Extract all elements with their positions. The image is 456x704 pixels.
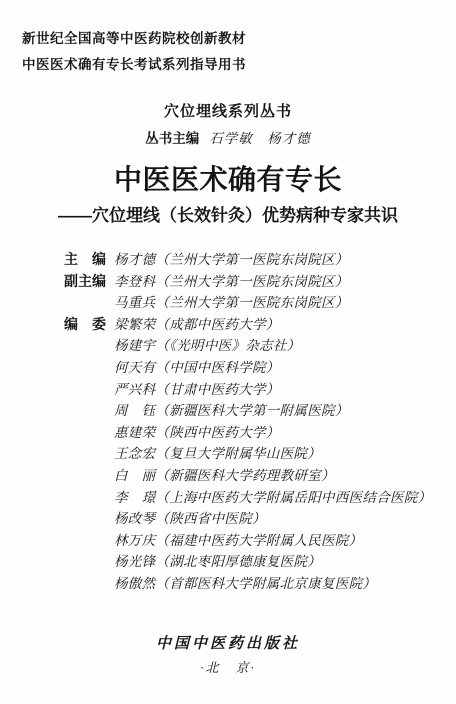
publisher-city: ·北 京·: [0, 657, 456, 676]
editor-row: 杨建宇（《光明中医》杂志社）: [64, 335, 431, 357]
editor-role-label: 编 委: [64, 314, 110, 336]
editor-entry: 严兴科（甘肃中医药大学）: [114, 379, 280, 401]
editor-row: 惠建荣（陕西中医药大学）: [64, 422, 431, 444]
editor-entry: 杨傲然（首都医科大学附属北京康复医院）: [114, 573, 376, 595]
editor-row: 杨光锋（湖北枣阳厚德康复医院）: [64, 551, 431, 573]
editor-row: 杨傲然（首都医科大学附属北京康复医院）: [64, 573, 431, 595]
editor-row: 林万庆（福建中医药大学附属人民医院）: [64, 530, 431, 552]
editor-entry: 李 璟（上海中医药大学附属岳阳中西医结合医院）: [114, 487, 431, 509]
editor-entry: 惠建荣（陕西中医药大学）: [114, 422, 280, 444]
editor-row: 白 丽（新疆医科大学药理教研室）: [64, 465, 431, 487]
editor-row: 何天有（中国中医科学院）: [64, 357, 431, 379]
editor-row: 严兴科（甘肃中医药大学）: [64, 379, 431, 401]
editor-role-label: 主 编: [64, 249, 110, 271]
book-main-title: 中医医术确有专长: [0, 158, 456, 198]
editor-entry: 杨才德（兰州大学第一医院东岗院区）: [114, 249, 349, 271]
editor-row: 李 璟（上海中医药大学附属岳阳中西医结合医院）: [64, 487, 431, 509]
editor-entry: 马重兵（兰州大学第一医院东岗院区）: [114, 292, 349, 314]
editors-list: 主 编杨才德（兰州大学第一医院东岗院区）副主编李登科（兰州大学第一医院东岗院区）…: [64, 249, 431, 595]
editor-role-label: 副主编: [64, 271, 110, 293]
series-chief-editors-label: 丛书主编: [145, 131, 199, 146]
editor-row: 王念宏（复旦大学附属华山医院）: [64, 443, 431, 465]
book-subtitle: ——穴位埋线（长效针灸）优势病种专家共识: [0, 201, 456, 226]
editor-entry: 何天有（中国中医科学院）: [114, 357, 280, 379]
banner-line-2: 中医医术确有专长考试系列指导用书: [22, 52, 246, 78]
editor-entry: 王念宏（复旦大学附属华山医院）: [114, 443, 321, 465]
editor-row: 副主编李登科（兰州大学第一医院东岗院区）: [64, 271, 431, 293]
editor-entry: 杨改琴（陕西省中医院）: [114, 508, 266, 530]
editor-entry: 周 钰（新疆医科大学第一附属医院）: [114, 400, 349, 422]
editor-row: 马重兵（兰州大学第一医院东岗院区）: [64, 292, 431, 314]
editor-entry: 白 丽（新疆医科大学药理教研室）: [114, 465, 335, 487]
publisher-name: 中国中医药出版社: [0, 632, 456, 653]
book-title-page: 新世纪全国高等中医药院校创新教材 中医医术确有专长考试系列指导用书 穴位埋线系列…: [0, 0, 456, 704]
series-chief-editors-names: 石学敏 杨才德: [209, 131, 311, 146]
series-chief-editors-line: 丛书主编石学敏 杨才德: [0, 127, 456, 147]
editor-row: 编 委梁繁荣（成都中医药大学）: [64, 314, 431, 336]
editor-entry: 梁繁荣（成都中医药大学）: [114, 314, 280, 336]
series-title: 穴位埋线系列丛书: [0, 100, 456, 121]
editor-entry: 杨光锋（湖北枣阳厚德康复医院）: [114, 551, 321, 573]
editor-row: 主 编杨才德（兰州大学第一医院东岗院区）: [64, 249, 431, 271]
series-banner: 新世纪全国高等中医药院校创新教材 中医医术确有专长考试系列指导用书: [22, 26, 246, 78]
editor-entry: 林万庆（福建中医药大学附属人民医院）: [114, 530, 362, 552]
editor-row: 周 钰（新疆医科大学第一附属医院）: [64, 400, 431, 422]
editor-entry: 杨建宇（《光明中医》杂志社）: [114, 335, 300, 357]
editor-entry: 李登科（兰州大学第一医院东岗院区）: [114, 271, 349, 293]
banner-line-1: 新世纪全国高等中医药院校创新教材: [22, 26, 246, 52]
editor-row: 杨改琴（陕西省中医院）: [64, 508, 431, 530]
